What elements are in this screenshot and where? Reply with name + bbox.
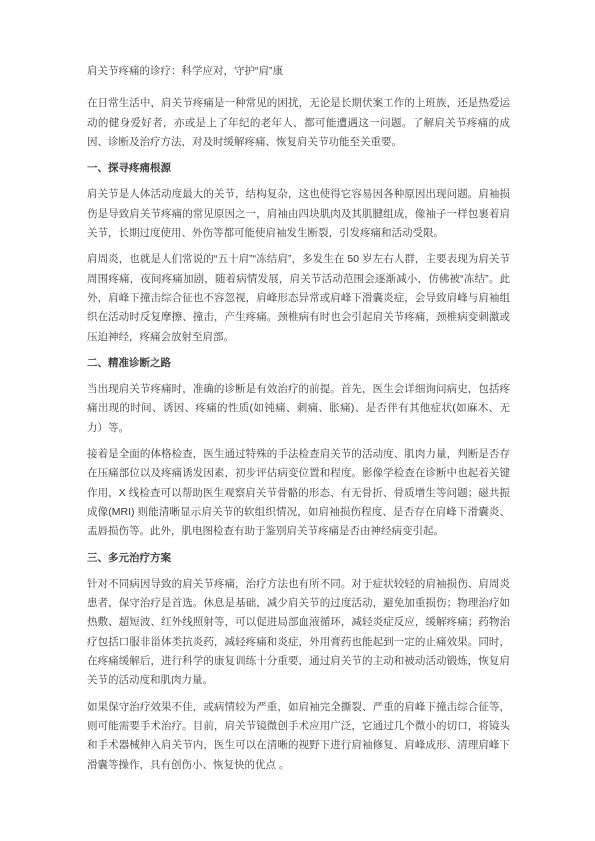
document-title: 肩关节疼痛的诊疗：科学应对，守护“肩”康 [87,62,510,81]
paragraph-causes-2: 肩周炎，也就是人们常说的“五十肩”“冻结肩”，多发生在 50 岁左右人群，主要表… [87,250,510,346]
document-page: 肩关节疼痛的诊疗：科学应对，守护“肩”康 在日常生活中，肩关节疼痛是一种常见的困… [0,0,595,841]
paragraph-causes-1: 肩关节是人体活动度最大的关节，结构复杂，这也使得它容易因各种原因出现问题。肩袖损… [87,185,510,243]
paragraph-treatment-2: 如果保守治疗效果不佳，或病情较为严重，如肩袖完全撕裂、严重的肩峰下撞击综合征等，… [87,698,510,775]
paragraph-treatment-1: 针对不同病因导致的肩关节疼痛，治疗方法也有所不同。对于症状较轻的肩袖损伤、肩周炎… [87,575,510,691]
section-heading-2: 二、精准诊断之路 [87,354,510,373]
section-heading-1: 一、探寻疼痛根源 [87,159,510,178]
paragraph-diagnosis-2: 接着是全面的体格检查，医生通过特殊的手法检查肩关节的活动度、肌肉力量，判断是否存… [87,445,510,541]
paragraph-diagnosis-1: 当出现肩关节疼痛时，准确的诊断是有效治疗的前提。首先，医生会详细询问病史，包括疼… [87,380,510,438]
section-heading-3: 三、多元治疗方案 [87,549,510,568]
paragraph-intro: 在日常生活中，肩关节疼痛是一种常见的困扰，无论是长期伏案工作的上班族，还是热爱运… [87,94,510,152]
